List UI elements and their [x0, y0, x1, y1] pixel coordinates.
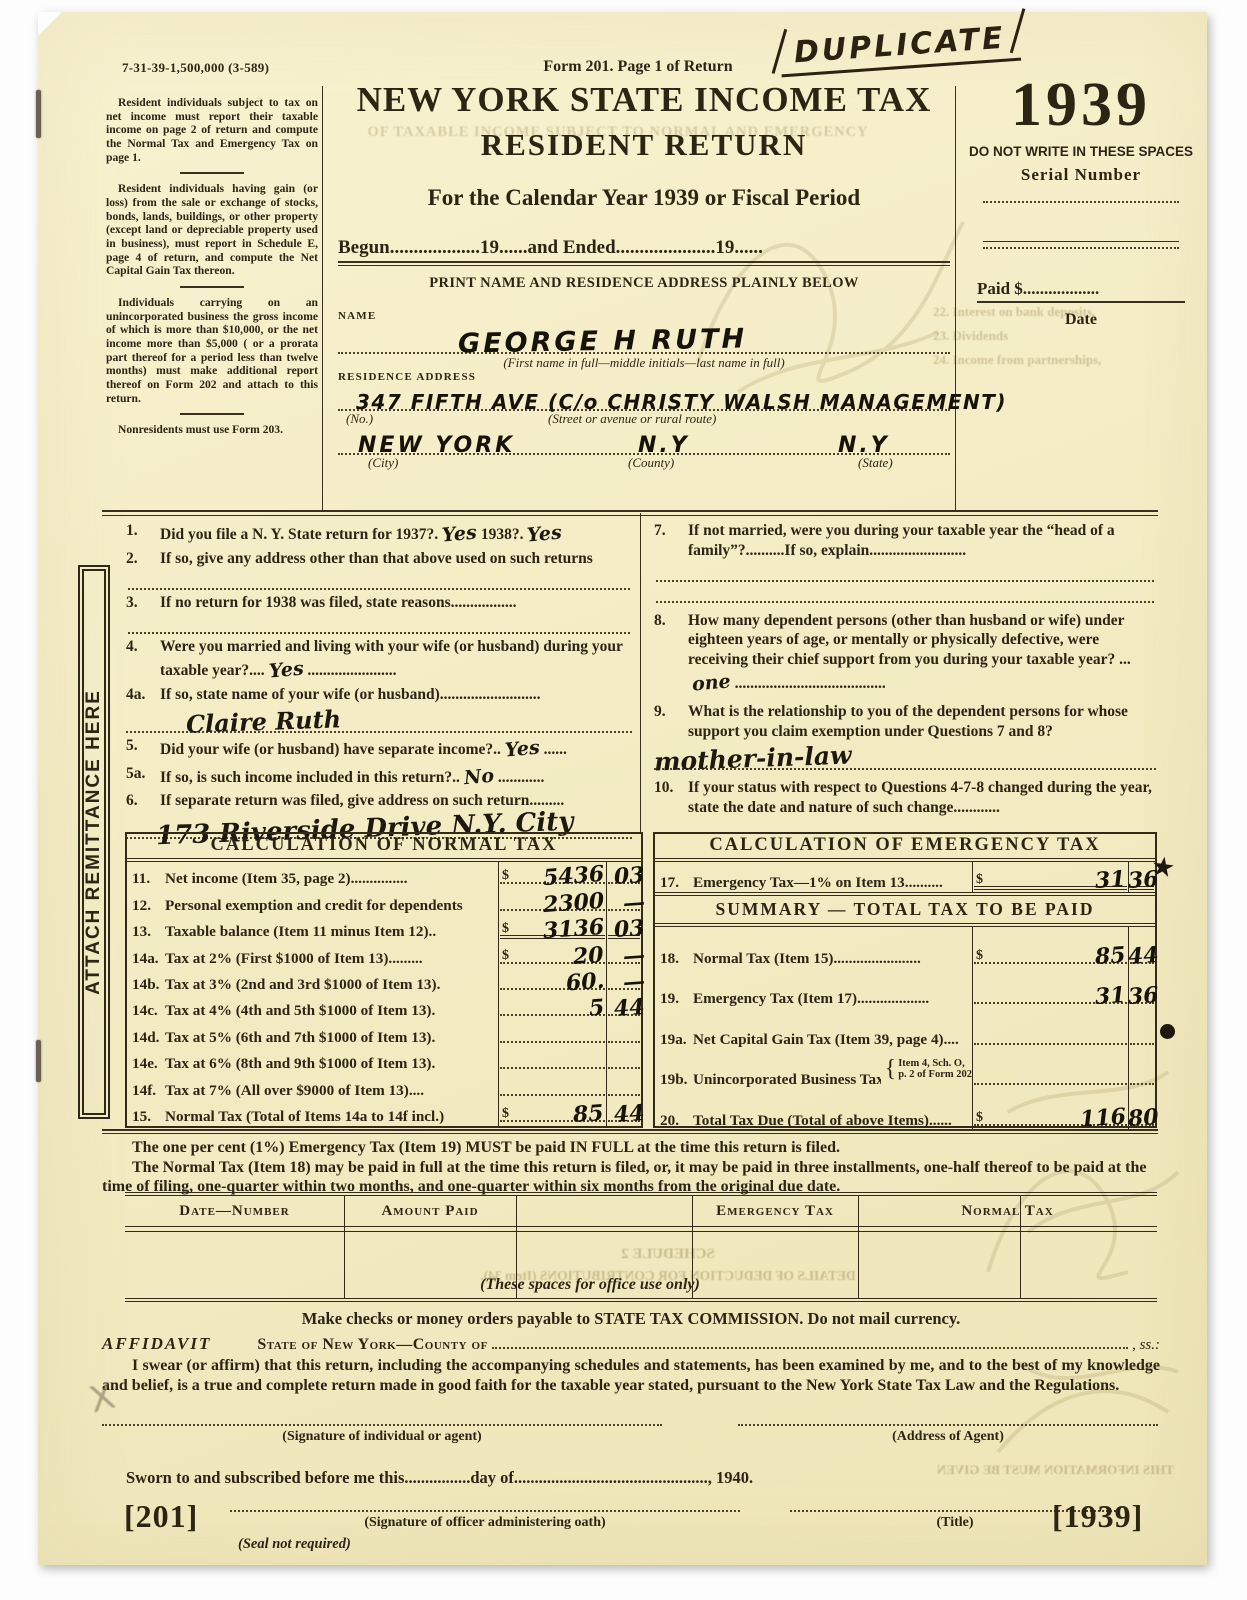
city-captions: (City) (County) (State)	[338, 455, 950, 471]
handwritten-cents: 80	[1128, 1106, 1160, 1130]
official-use-box: 1939 DO NOT WRITE IN THESE SPACES Serial…	[957, 74, 1205, 329]
question-text: How many dependent persons (other than h…	[688, 611, 1156, 695]
divider	[180, 413, 244, 415]
calendar-year-line: For the Calendar Year 1939 or Fiscal Per…	[338, 185, 950, 211]
officer-signature-line	[230, 1510, 740, 1512]
tax-year: 1939	[957, 74, 1205, 136]
office-use-table: Date—Number Amount Paid Emergency Tax No…	[125, 1192, 1157, 1302]
column-header: Amount Paid	[344, 1203, 516, 1220]
affidavit-label: AFFIDAVIT	[102, 1334, 211, 1354]
handwritten-amount: 2300	[542, 890, 605, 916]
form-subtitle: RESIDENT RETURN	[338, 127, 950, 163]
address-captions: (No.) (Street or avenue or rural route)	[338, 411, 950, 427]
blank-answer-line	[128, 569, 630, 590]
duplicate-stamp: DUPLICATE	[779, 20, 1021, 78]
question-text: If not married, were you during your tax…	[688, 521, 1156, 561]
question-text: Did your wife (or husband) have separate…	[160, 736, 632, 761]
attach-remittance-label: ATTACH REMITTANCE HERE	[83, 689, 105, 995]
handwritten-cents: 36	[1128, 984, 1160, 1008]
ink-dot	[1160, 1024, 1175, 1039]
summary-title: SUMMARY — TOTAL TAX TO BE PAID	[655, 896, 1155, 927]
handwritten-name: GEORGE H RUTH	[458, 323, 748, 359]
handwritten-cents: 03	[614, 864, 646, 888]
question-text: What is the relationship to you of the d…	[688, 702, 1156, 742]
question-text: If so, state name of your wife (or husba…	[160, 685, 632, 705]
staple-mark	[36, 1040, 41, 1082]
handwritten-cents: 44	[614, 1102, 646, 1126]
note-paragraph: The Normal Tax (Item 18) may be paid in …	[102, 1158, 1160, 1197]
table-row: 17.Emergency Tax—1% on Item 13..........…	[655, 862, 1155, 896]
answer-line: Claire Ruth	[126, 707, 632, 733]
date-label: Date	[957, 311, 1205, 329]
question-text: If so, give any address other than that …	[160, 549, 632, 569]
paid-field: Paid $..................	[977, 279, 1185, 303]
question-text: If your status with respect to Questions…	[688, 778, 1156, 818]
question-number: 10.	[654, 778, 688, 818]
table-row: 14a.Tax at 2% (First $1000 of Item 13)..…	[127, 941, 641, 967]
note-paragraph: The one per cent (1%) Emergency Tax (Ite…	[102, 1138, 1160, 1158]
agent-address-caption: (Address of Agent)	[738, 1429, 1158, 1445]
column-header: Normal Tax	[858, 1203, 1157, 1220]
form-header: NEW YORK STATE INCOME TAX RESIDENT RETUR…	[338, 82, 950, 471]
year-footer: [1939]	[1052, 1498, 1143, 1535]
print-instruction: PRINT NAME AND RESIDENCE ADDRESS PLAINLY…	[338, 275, 950, 292]
office-use-caption: (These spaces for office use only)	[365, 1276, 815, 1294]
instructions-sidebar: Resident individuals subject to tax on n…	[106, 96, 318, 437]
table-title: CALCULATION OF EMERGENCY TAX	[655, 834, 1155, 862]
question-text: If so, is such income included in this r…	[160, 764, 632, 789]
question-number: 7.	[654, 521, 688, 561]
name-field-label: NAME	[338, 310, 950, 322]
question-text: Did you file a N. Y. State return for 19…	[160, 521, 632, 546]
sworn-line: Sworn to and subscribed before me this..…	[126, 1468, 753, 1488]
seal-note: (Seal not required)	[238, 1536, 351, 1553]
question-number: 8.	[654, 611, 688, 695]
handwritten-amount: 31	[1095, 868, 1127, 892]
fiscal-period-line: Begun...................19......and Ende…	[338, 237, 950, 259]
blank-line	[983, 241, 1179, 242]
question-number: 1.	[126, 521, 160, 546]
handwritten-amount: 85	[1095, 944, 1127, 968]
form-title: NEW YORK STATE INCOME TAX	[338, 82, 950, 119]
divider	[322, 86, 323, 510]
officer-signature-caption: (Signature of officer administering oath…	[230, 1515, 740, 1531]
street-caption: (Street or avenue or rural route)	[548, 411, 716, 427]
name-caption: (First name in full—middle initials—last…	[338, 355, 950, 371]
divider	[955, 86, 956, 510]
name-field: GEORGE H RUTH	[338, 322, 950, 354]
handwritten-cents: 44	[614, 996, 646, 1020]
handwritten-answer: mother-in-law	[654, 740, 853, 779]
star-mark: ★	[1149, 850, 1177, 884]
question-2: 2. If so, give any address other than th…	[126, 549, 632, 569]
divider	[102, 510, 1158, 516]
agent-address-line	[738, 1424, 1158, 1426]
question-9: 9. What is the relationship to you of th…	[654, 702, 1156, 742]
serial-number-label: Serial Number	[957, 165, 1205, 185]
table-row: 18.Normal Tax (Item 15).................…	[655, 927, 1155, 968]
handwritten-amount: 116	[1079, 1105, 1126, 1130]
divider	[338, 261, 950, 266]
table-row: 19a.Net Capital Gain Tax (Item 39, page …	[655, 1008, 1155, 1049]
column-header: Emergency Tax	[692, 1203, 858, 1220]
checks-payable-note: Make checks or money orders payable to S…	[102, 1309, 1160, 1329]
handwritten-amount: 3136	[542, 916, 605, 942]
question-number: 6.	[126, 791, 160, 811]
city-caption: (City)	[368, 455, 398, 471]
handwritten-cents: —	[622, 891, 645, 914]
question-3: 3. If no return for 1938 was filed, stat…	[126, 593, 632, 613]
handwritten-amount: 20	[573, 944, 605, 968]
handwritten-amount: 5	[588, 997, 605, 1020]
question-1: 1. Did you file a N. Y. State return for…	[126, 521, 632, 546]
handwritten-answer: No	[463, 763, 495, 790]
payment-instructions: The one per cent (1%) Emergency Tax (Ite…	[102, 1138, 1160, 1197]
number-caption: (No.)	[346, 411, 373, 427]
divider	[180, 172, 244, 174]
question-number: 5a.	[126, 764, 160, 789]
divider	[125, 1226, 1157, 1232]
question-number: 4a.	[126, 685, 160, 705]
table-title: CALCULATION OF NORMAL TAX	[127, 834, 641, 862]
divider	[102, 1129, 1158, 1134]
affidavit-header: AFFIDAVIT State of New York—County of , …	[102, 1333, 1160, 1354]
questions-right-column: 7. If not married, were you during your …	[654, 518, 1156, 818]
table-row: 13.Taxable balance (Item 11 minus Item 1…	[127, 915, 641, 941]
question-4a: 4a. If so, state name of your wife (or h…	[126, 685, 632, 705]
state-caption: (State)	[858, 455, 893, 471]
question-4: 4. Were you married and living with your…	[126, 637, 632, 682]
ss-suffix: , ss.:	[1132, 1337, 1160, 1354]
question-number: 9.	[654, 702, 688, 742]
blank-answer-line	[128, 613, 630, 634]
blank-line	[983, 247, 1179, 249]
sidebar-paragraph: Resident individuals having gain (or los…	[106, 182, 318, 278]
county-caption: (County)	[628, 455, 674, 471]
affidavit-body: I swear (or affirm) that this return, in…	[102, 1356, 1160, 1396]
question-8: 8. How many dependent persons (other tha…	[654, 611, 1156, 695]
answer-line: mother-in-law	[654, 744, 1156, 770]
blank-answer-line	[656, 561, 1154, 582]
plate-number: 7-31-39-1,500,000 (3-589)	[122, 60, 269, 76]
question-number: 4.	[126, 637, 160, 682]
question-number: 5.	[126, 736, 160, 761]
table-row: 11.Net income (Item 35, page 2).........…	[127, 862, 641, 888]
handwritten-amount: 85	[573, 1102, 605, 1126]
tax-form-page: OF TAXABLE INCOME SUBJECT TO NORMAL AND …	[38, 12, 1207, 1565]
handwritten-cents: —	[622, 970, 645, 993]
question-7: 7. If not married, were you during your …	[654, 521, 1156, 561]
table-row: 15.Normal Tax (Total of Items 14a to 14f…	[127, 1100, 641, 1126]
table-row: 19b.Unincorporated Business Tax{Item 4, …	[655, 1049, 1155, 1090]
handwritten-answer: Yes	[504, 735, 541, 763]
table-row: 14d.Tax at 5% (6th and 7th $1000 of Item…	[127, 1020, 641, 1046]
form-number-footer: [201]	[124, 1498, 198, 1535]
address-field: 347 FIFTH AVE (C/o CHRISTY WALSH MANAGEM…	[338, 383, 950, 411]
address-field-label: RESIDENCE ADDRESS	[338, 371, 950, 383]
handwritten-amount: 5436	[542, 863, 605, 889]
question-5: 5. Did your wife (or husband) have separ…	[126, 736, 632, 761]
sidebar-paragraph: Individuals carrying on an unincorporate…	[106, 296, 318, 405]
table-row: 12.Personal exemption and credit for dep…	[127, 888, 641, 914]
handwritten-answer: one	[691, 670, 732, 698]
question-number: 3.	[126, 593, 160, 613]
sidebar-paragraph: Resident individuals subject to tax on n…	[106, 96, 318, 164]
question-text: If no return for 1938 was filed, state r…	[160, 593, 632, 613]
staple-mark	[36, 90, 41, 138]
table-row: 14e.Tax at 6% (8th and 9th $1000 of Item…	[127, 1047, 641, 1073]
table-row: 14f.Tax at 7% (All over $9000 of Item 13…	[127, 1073, 641, 1099]
handwritten-amount: 60.	[565, 970, 605, 995]
blank-line	[492, 1333, 1128, 1349]
table-row: 14b.Tax at 3% (2nd and 3rd $1000 of Item…	[127, 968, 641, 994]
question-text: Were you married and living with your wi…	[160, 637, 632, 682]
city-field: NEW YORK N.Y N.Y	[338, 427, 950, 455]
state-county-line: State of New York—County of	[257, 1336, 487, 1354]
handwritten-cents: 44	[1128, 944, 1160, 968]
handwritten-answer: Yes	[441, 521, 478, 549]
questions-left-column: 1. Did you file a N. Y. State return for…	[126, 518, 632, 839]
handwritten-cents: —	[622, 944, 645, 967]
question-number: 2.	[126, 549, 160, 569]
question-5a: 5a. If so, is such income included in th…	[126, 764, 632, 789]
table-row: 14c.Tax at 4% (4th and 5th $1000 of Item…	[127, 994, 641, 1020]
handwritten-answer: Claire Ruth	[186, 703, 342, 740]
normal-tax-table: CALCULATION OF NORMAL TAX 11.Net income …	[125, 832, 643, 1128]
blank-answer-line	[656, 582, 1154, 603]
sidebar-paragraph: Nonresidents must use Form 203.	[106, 423, 318, 437]
emergency-tax-table: ★ CALCULATION OF EMERGENCY TAX 17.Emerge…	[653, 832, 1157, 1128]
ghost-handwriting	[988, 1332, 1188, 1482]
signature-line	[102, 1424, 662, 1426]
signature-caption: (Signature of individual or agent)	[102, 1429, 662, 1445]
table-row: 19.Emergency Tax (Item 17)..............…	[655, 968, 1155, 1009]
question-10: 10. If your status with respect to Quest…	[654, 778, 1156, 818]
table-row: 20.Total Tax Due (Total of above Items).…	[655, 1089, 1155, 1130]
handwritten-cents: 03	[614, 917, 646, 941]
attach-remittance-box: ATTACH REMITTANCE HERE	[78, 565, 110, 1119]
column-header: Date—Number	[125, 1203, 344, 1220]
blank-line	[983, 201, 1179, 203]
divider	[640, 513, 641, 832]
do-not-write-label: DO NOT WRITE IN THESE SPACES	[957, 144, 1205, 159]
handwritten-answer: Yes	[526, 521, 563, 549]
handwritten-amount: 31	[1095, 984, 1127, 1008]
handwritten-answer: Yes	[268, 657, 305, 685]
divider	[180, 286, 244, 288]
corner-fold	[38, 12, 62, 36]
